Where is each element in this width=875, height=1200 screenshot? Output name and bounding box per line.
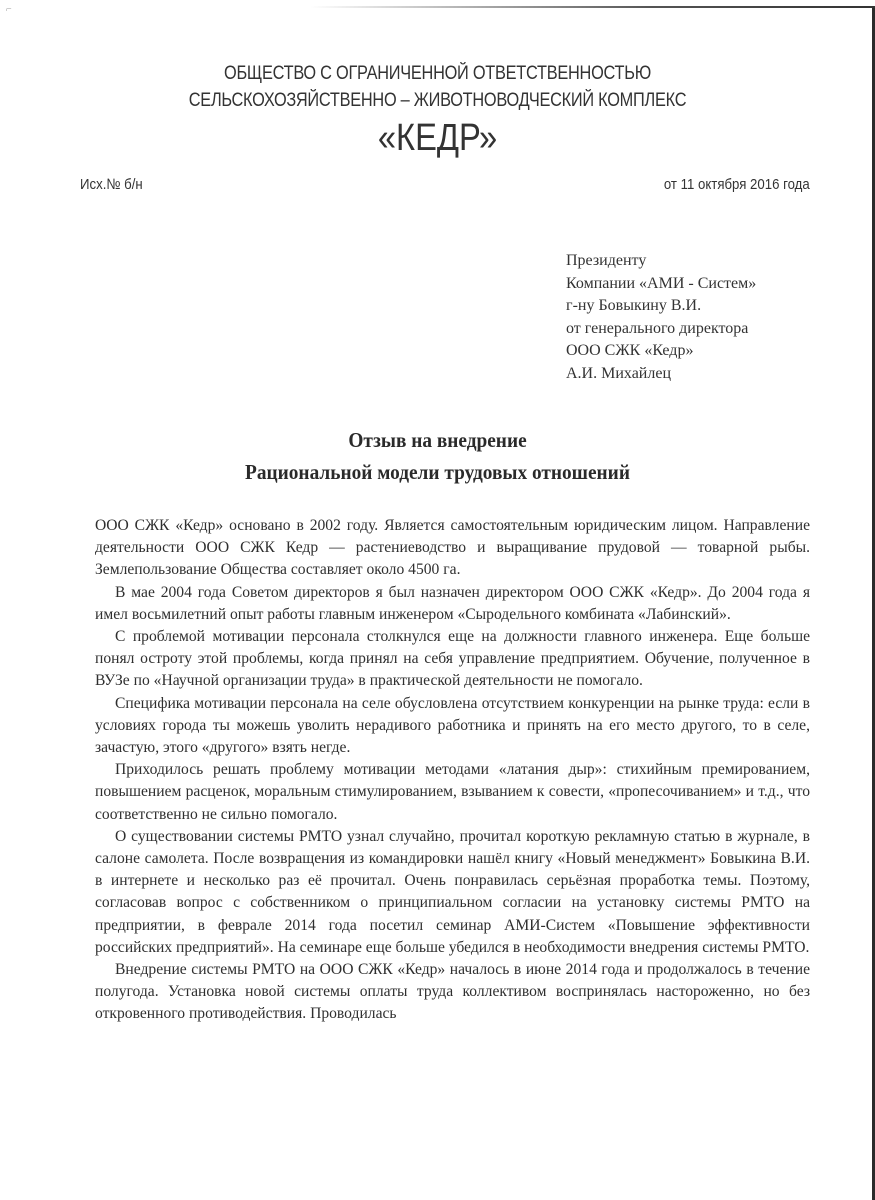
- body-paragraph: ООО СЖК «Кедр» основано в 2002 году. Явл…: [95, 515, 810, 582]
- body-paragraph: Приходилось решать проблему мотивации ме…: [95, 759, 810, 826]
- addressee-line: ООО СЖК «Кедр»: [566, 340, 756, 363]
- body-paragraph: О существовании системы РМТО узнал случа…: [95, 826, 810, 959]
- letter-date: от 11 октября 2016 года: [664, 176, 810, 193]
- addressee-line: Компании «АМИ - Систем»: [566, 273, 756, 296]
- addressee-line: от генерального директора: [566, 318, 756, 341]
- letter-body: ООО СЖК «Кедр» основано в 2002 году. Явл…: [95, 515, 810, 1026]
- addressee-line: А.И. Михайлец: [566, 363, 756, 386]
- addressee-line: г-ну Бовыкину В.И.: [566, 295, 756, 318]
- title-line-2: Рациональной модели трудовых отношений: [35, 456, 840, 488]
- addressee-line: Президенту: [566, 250, 756, 273]
- body-paragraph: Специфика мотивации персонала на селе об…: [95, 693, 810, 760]
- company-name: «КЕДР»: [61, 116, 814, 160]
- outgoing-number: Исх.№ б/н: [80, 176, 143, 193]
- body-paragraph: Внедрение системы РМТО на ООО СЖК «Кедр»…: [95, 959, 810, 1026]
- letterhead: ОБЩЕСТВО С ОГРАНИЧЕННОЙ ОТВЕТСТВЕННОСТЬЮ…: [0, 60, 875, 160]
- scan-edge-top: [310, 6, 875, 8]
- letterhead-line-2: СЕЛЬСКОХОЗЯЙСТВЕННО – ЖИВОТНОВОДЧЕСКИЙ К…: [61, 87, 814, 114]
- title-line-1: Отзыв на внедрение: [35, 424, 840, 456]
- letterhead-line-1: ОБЩЕСТВО С ОГРАНИЧЕННОЙ ОТВЕТСТВЕННОСТЬЮ: [61, 60, 814, 87]
- document-title: Отзыв на внедрение Рациональной модели т…: [0, 424, 875, 488]
- body-paragraph: С проблемой мотивации персонала столкнул…: [95, 626, 810, 693]
- scan-artifact: ⌐: [6, 4, 12, 15]
- addressee-block: Президенту Компании «АМИ - Систем» г-ну …: [566, 250, 756, 385]
- body-paragraph: В мае 2004 года Советом директоров я был…: [95, 582, 810, 626]
